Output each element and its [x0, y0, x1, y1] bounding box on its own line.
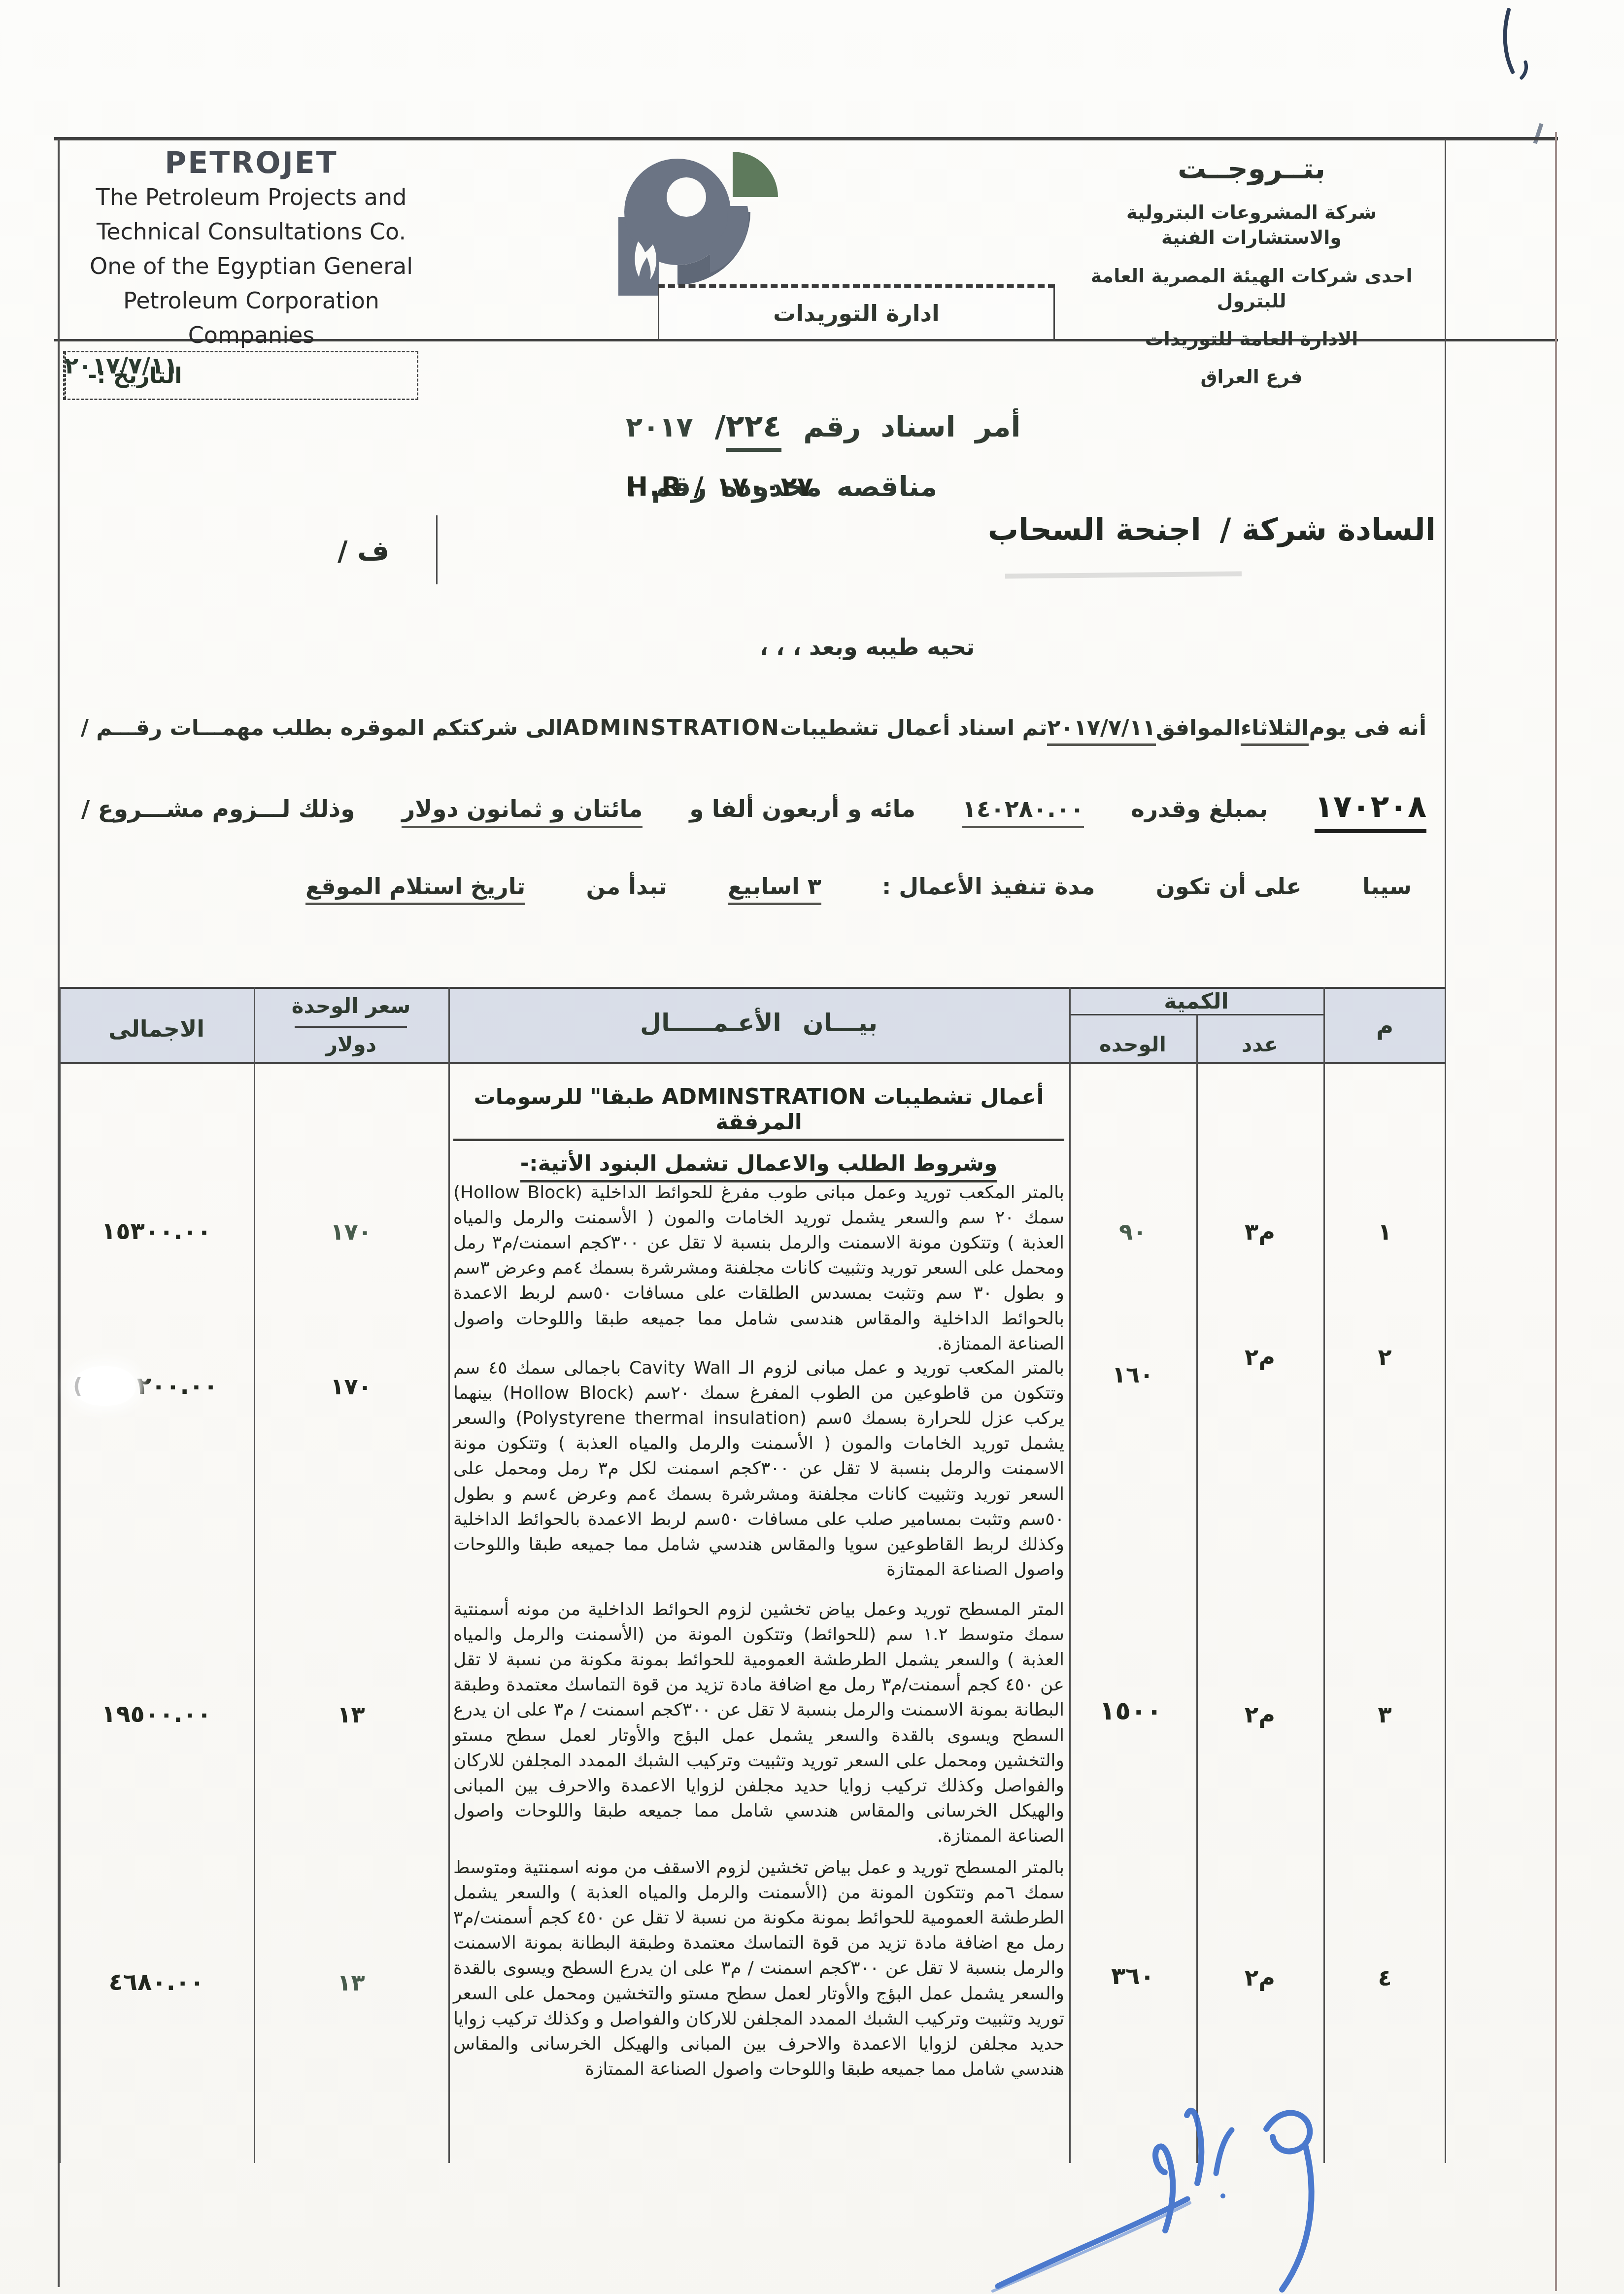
item-serial: ٢: [1323, 1344, 1446, 1370]
body-line-3: سيبا على أن تكون مدة تنفيذ الأعمال : ٣ ا…: [305, 873, 1412, 905]
item-unit: م٢: [1196, 1701, 1323, 1728]
small-ink-mark: [1533, 123, 1544, 144]
item-description-2: بالمتر المكعب توريد و عمل مبانى لزوم الـ…: [453, 1355, 1064, 1582]
date-value: ٢٠١٧/٧/١١: [65, 352, 178, 379]
col-header-count: عدد: [1196, 1032, 1323, 1056]
item-qty: ١٥٠٠: [1059, 1696, 1202, 1726]
item-unit: م٣: [1196, 1218, 1323, 1245]
greeting-line: تحيه طيبه وبعد ، ، ،: [700, 634, 1035, 660]
item-qty: ٩٠: [1069, 1218, 1196, 1245]
request-number-handwritten: ١٧٠٢٠٨: [1315, 788, 1426, 833]
company-ar-line: فرع العراق: [1064, 365, 1439, 390]
scan-smear: [1005, 571, 1242, 578]
order-number-group: /٢٢٤: [715, 408, 781, 444]
order-label: أمر اسناد رقم: [803, 410, 1020, 443]
date-box: ٢٠١٧/٧/١١ التاريخ :-: [63, 351, 418, 400]
company-en-line: One of the Egyptian General: [69, 249, 434, 284]
item-unit-price: ١٧٠: [254, 1218, 448, 1245]
col-header-description: بيـــان الأعـمـــــال: [448, 1009, 1069, 1037]
item-unit-price: ١٣: [254, 1701, 448, 1728]
frame-top-line: [54, 137, 1558, 140]
company-en-line: Petroleum Corporation: [69, 284, 434, 318]
tender-number: H.R / ١٧٠٠٢٧: [626, 471, 813, 502]
scan-edge-line: [1555, 132, 1557, 2291]
body-text: تم اسناد أعمال تشطيبات: [780, 715, 1048, 741]
body-day-underlined: الثلاثاء: [1241, 715, 1309, 746]
col-header-total: الاجمالى: [59, 1015, 254, 1042]
col-header-unit: الوحده: [1069, 1032, 1196, 1056]
body-text: وذلك لـــزوم مشـــروع /: [81, 796, 355, 823]
item-unit: م٢: [1196, 1964, 1323, 1991]
unit-price-divider: [295, 1026, 407, 1028]
body-line-2: ١٧٠٢٠٨ بمبلغ وقدره ١٤٠٢٨٠.٠٠ مائه و أربع…: [81, 788, 1426, 833]
brand-petrojet: PETROJET: [69, 146, 434, 180]
body-text: الموافق: [1156, 715, 1241, 741]
table-header-bottom-line: [59, 1062, 1446, 1064]
addressee-line: السادة شركة / اجنحة السحاب: [988, 511, 1436, 547]
petrojet-logo-icon: [604, 148, 850, 296]
company-block-ar: بتــروجــت شركة المشروعات البترولية والا…: [1064, 152, 1439, 390]
whiteout-smudge: [74, 1366, 135, 1406]
table-intro: أعمال تشطيبات ADMINSTRATION طبقا" للرسوم…: [453, 1075, 1064, 1182]
item-total: ١٥٣٠٠.٠٠: [59, 1217, 254, 1245]
body-en-word: ADMINSTRATION: [563, 715, 780, 741]
ref-mark: ف /: [338, 535, 389, 567]
item-description-1: بالمتر المكعب توريد وعمل مبانى طوب مفرغ …: [453, 1180, 1064, 1356]
addressee-label: السادة شركة /: [1220, 511, 1436, 547]
item-serial: ٤: [1323, 1964, 1446, 1991]
stamp-label: ادارة التوريدات: [773, 300, 940, 327]
project-name: سيبا: [1362, 873, 1412, 900]
item-qty: ١٦٠: [1069, 1361, 1196, 1388]
scanned-document-page: PETROJET The Petroleum Projects and Tech…: [0, 0, 1624, 2294]
intro-line-2: وشروط الطلب والاعمال تشمل البنود الأتية:…: [520, 1151, 998, 1182]
item-qty: ٣٦٠: [1069, 1962, 1196, 1990]
company-ar-line: الادارة العامة للتوريدات: [1064, 327, 1439, 352]
handwritten-mark-icon: [1478, 4, 1542, 83]
table-col-line: [448, 987, 450, 2163]
item-total: ٤٦٨٠.٠٠: [59, 1968, 254, 1996]
amount-words: مائه و أربعون ألفا و: [689, 796, 915, 823]
order-slash: /: [715, 409, 726, 444]
body-text: مدة تنفيذ الأعمال :: [882, 873, 1095, 900]
item-serial: ٣: [1323, 1701, 1446, 1728]
intro-line-1: أعمال تشطيبات ADMINSTRATION طبقا" للرسوم…: [453, 1084, 1064, 1141]
body-text: بمبلغ وقدره: [1131, 796, 1268, 823]
body-text: تبدأ من: [586, 873, 667, 900]
col-header-quantity: الكمية: [1069, 989, 1323, 1014]
company-en-line: The Petroleum Projects and: [69, 180, 434, 215]
amount-words-underlined: مائتان و ثمانون دولار: [402, 796, 643, 828]
order-number: ٢٢٤: [726, 408, 782, 452]
item-total: ١٩٥٠٠.٠٠: [59, 1700, 254, 1728]
item-description-3: المتر المسطح توريد وعمل بياض تخشين لزوم …: [453, 1597, 1064, 1849]
tender-title: H.R / ١٧٠٠٢٧ مناقصه محدوده رقم :: [626, 471, 1365, 503]
amount-figures-underlined: ١٤٠٢٨٠.٠٠: [962, 796, 1084, 828]
item-unit-price: ١٧٠: [254, 1373, 448, 1400]
order-title: ٢٠١٧ /٢٢٤ أمر اسناد رقم: [626, 408, 1256, 444]
company-block-en: PETROJET The Petroleum Projects and Tech…: [69, 146, 434, 353]
addressee-company: اجنحة السحاب: [988, 511, 1201, 547]
duration-underlined: ٣ اسابيع: [728, 873, 821, 905]
col-header-currency: دولار: [254, 1032, 448, 1056]
works-table: م الكمية عدد الوحده بيـــان الأعـمـــــا…: [59, 987, 1446, 2163]
item-serial: ١: [1323, 1218, 1446, 1245]
start-date-underlined: تاريخ استلام الموقع: [305, 873, 525, 905]
item-description-4: بالمتر المسطح توريد و عمل بياض تخشين لزو…: [453, 1855, 1064, 2082]
company-ar-name: بتــروجــت: [1064, 152, 1439, 185]
company-ar-line: احدى شركات الهيئة المصرية العامة للبترول: [1064, 264, 1439, 314]
handwritten-signature-icon: [990, 2082, 1345, 2294]
body-text: أنه فى يوم: [1309, 715, 1426, 741]
supplies-dept-stamp: ادارة التوريدات: [658, 284, 1055, 340]
faint-mark: (: [73, 1374, 82, 1398]
col-header-unit-price: سعر الوحدة: [254, 994, 448, 1018]
body-line-1: أنه فى يوم الثلاثاء الموافق ٢٠١٧/٧/١١ تم…: [81, 715, 1426, 746]
body-text: على أن تكون: [1156, 873, 1302, 900]
body-text: الى شركتكم الموقره بطلب مهمـــات رقـــم …: [81, 715, 563, 741]
col-header-serial: م: [1323, 1012, 1446, 1040]
body-date-underlined: ٢٠١٧/٧/١١: [1047, 715, 1155, 746]
ref-divider-line: [436, 515, 438, 584]
company-ar-line: شركة المشروعات البترولية والاستشارات الف…: [1064, 200, 1439, 251]
company-en-line: Companies: [69, 318, 434, 353]
item-unit-price: ١٣: [254, 1969, 448, 1996]
order-year: ٢٠١٧: [626, 411, 693, 443]
company-en-line: Technical Consultations Co.: [69, 215, 434, 249]
item-unit: م٢: [1196, 1344, 1323, 1370]
